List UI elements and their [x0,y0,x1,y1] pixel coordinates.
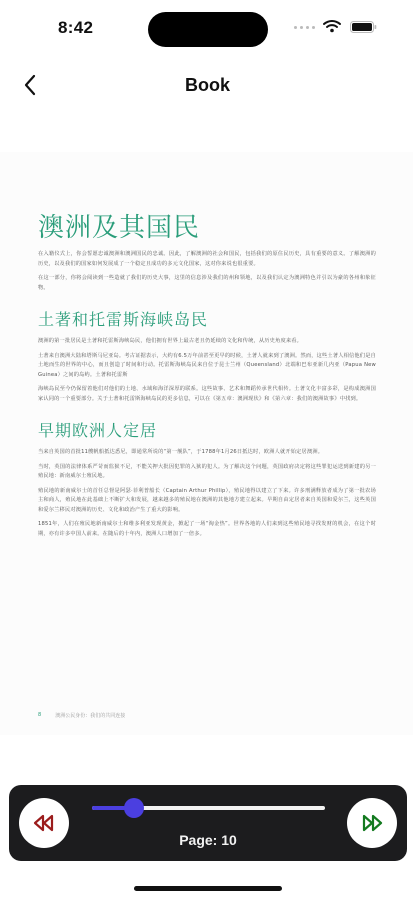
slider-thumb[interactable] [124,798,144,818]
home-indicator [134,886,282,891]
paragraph: 当来自英国的首批11艘帆船抵达悉尼，即通常所说的“第一舰队”，于1788年1月2… [38,448,376,458]
book-page-viewer[interactable]: 澳洲及其国民 在入籍仪式上，你会誓愿忠诚澳洲和澳洲国民的忠诚。因此，了解澳洲的社… [0,152,413,735]
rewind-icon [32,814,56,832]
page-footer: 8 澳洲公民身份：我们的共同连接 [38,712,125,719]
status-time: 8:42 [58,18,93,38]
page-content: 澳洲及其国民 在入籍仪式上，你会誓愿忠诚澳洲和澳洲国民的忠诚。因此，了解澳洲的社… [38,212,376,544]
paragraph: 在这一部分，你将会阅读到一些造就了我们的历史大事，这里的信息涉及我们的州和领地，… [38,274,376,293]
page-title: Book [0,75,415,96]
status-bar: 8:42 [0,0,415,54]
nav-bar: Book [0,62,415,108]
chapter-title: 澳洲及其国民 [38,212,376,244]
paragraph: 当时，英国的法律体系严苛而监狱不足，不能关押大批因犯罪的入狱的犯人。为了解决这个… [38,463,376,482]
section-heading: 早期欧洲人定居 [38,420,376,442]
page-slider[interactable] [92,802,325,814]
paragraph: 海峡岛民至今仍保留着他们对他们的土地、水域和海洋深厚的联系。这些故事、艺术和舞蹈… [38,385,376,404]
dynamic-island [148,12,268,47]
paragraph: 澳洲的第一批居民是土著和托雷斯海峡岛民，他们拥有世界上最古老且仍延续的文化和传统… [38,337,376,347]
page-controls: Page: 10 [9,785,407,861]
next-page-button[interactable] [347,798,397,848]
printed-page-number: 8 [38,712,41,719]
wifi-icon [323,19,341,33]
section-heading: 土著和托雷斯海峡岛民 [38,309,376,331]
page-indicator: Page: 10 [9,832,407,848]
paragraph: 1851年，人们在殖民地新南威尔士和维多利亚发现黄金，掀起了一场“淘金热”。世界… [38,520,376,539]
fast-forward-icon [360,814,384,832]
cellular-signal-icon [294,26,315,29]
paragraph: 土著来自澳洲大陆和塔斯马尼亚岛。考古证据表示，大约有6.5万年前甚至更早的时候，… [38,352,376,381]
battery-icon [350,21,377,33]
running-title: 澳洲公民身份：我们的共同连接 [55,712,125,719]
paragraph: 殖民地的新南威尔士的首任总督是阿瑟·菲利普船长（Captain Arthur P… [38,487,376,516]
paragraph: 在入籍仪式上，你会誓愿忠诚澳洲和澳洲国民的忠诚。因此，了解澳洲的社会和国民，包括… [38,250,376,269]
